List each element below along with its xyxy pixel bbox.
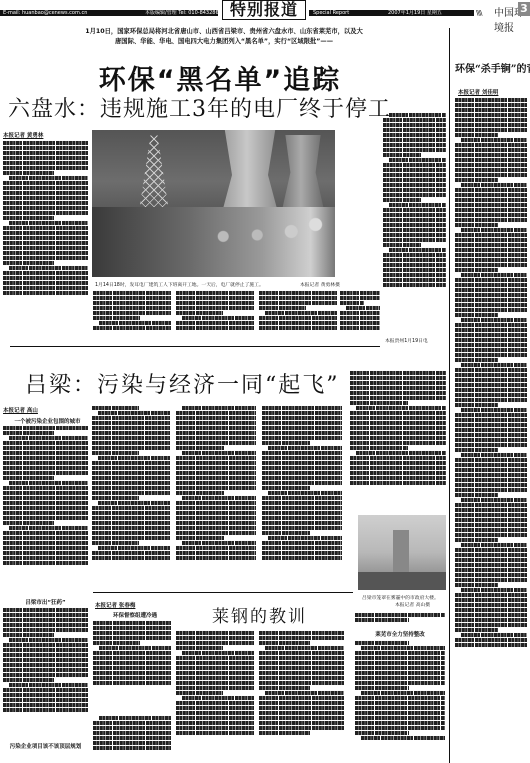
text-line xyxy=(455,508,527,512)
text-line xyxy=(455,468,527,472)
text-line xyxy=(3,703,88,707)
text-line xyxy=(3,486,88,490)
text-line xyxy=(383,148,446,152)
text-line xyxy=(176,666,254,670)
text-line xyxy=(455,223,498,227)
text-line xyxy=(455,458,527,462)
text-line xyxy=(98,411,170,415)
text-line xyxy=(259,651,344,655)
text-line xyxy=(262,411,342,415)
text-line xyxy=(176,516,256,520)
text-line xyxy=(383,213,446,217)
text-line xyxy=(3,191,88,195)
text-line xyxy=(355,641,409,645)
text-line xyxy=(262,456,342,460)
text-line xyxy=(455,313,498,317)
text-line xyxy=(3,431,54,435)
text-line xyxy=(3,561,88,565)
text-line xyxy=(92,461,170,465)
text-line xyxy=(3,678,54,682)
text-line xyxy=(182,651,254,655)
text-line xyxy=(176,411,256,415)
text-line xyxy=(93,681,171,685)
text-line xyxy=(3,628,88,632)
text-line xyxy=(92,451,139,455)
decorative-slashes: \\\\ xyxy=(476,9,481,17)
text-line xyxy=(259,731,310,735)
sidebar-byline: 本报记者 刘佳明 xyxy=(458,88,498,96)
text-line xyxy=(176,461,256,465)
text-line xyxy=(259,631,344,635)
text-line xyxy=(92,436,170,440)
text-line xyxy=(3,441,88,445)
text-line xyxy=(383,278,446,282)
text-line xyxy=(259,716,344,720)
text-line xyxy=(455,383,527,387)
text-line xyxy=(262,511,342,515)
text-line xyxy=(455,563,527,567)
text-line xyxy=(92,551,170,555)
text-line xyxy=(355,686,409,690)
text-line xyxy=(383,183,446,187)
trees xyxy=(358,572,446,590)
text-line xyxy=(259,306,306,310)
text-line xyxy=(176,306,254,310)
text-line xyxy=(3,141,88,145)
text-line xyxy=(3,623,88,627)
text-line xyxy=(455,558,527,562)
text-line xyxy=(350,386,446,390)
text-line xyxy=(355,716,445,720)
text-line xyxy=(259,321,337,325)
text-line xyxy=(383,173,446,177)
text-line xyxy=(9,481,88,485)
text-line xyxy=(455,553,527,557)
text-line xyxy=(455,523,527,527)
text-line xyxy=(455,338,527,342)
text-line xyxy=(176,436,256,440)
text-line xyxy=(3,166,88,170)
text-line xyxy=(350,371,446,375)
text-line xyxy=(455,293,527,297)
text-line xyxy=(259,301,337,305)
text-line xyxy=(93,741,171,745)
text-line xyxy=(455,348,527,352)
text-line xyxy=(350,416,446,420)
text-line xyxy=(176,706,254,710)
article-text-laigang-col3 xyxy=(259,630,344,760)
text-line xyxy=(93,746,171,750)
text-line xyxy=(455,113,527,117)
text-line xyxy=(455,388,527,392)
text-line xyxy=(262,476,342,480)
article-text-laigang-col4 xyxy=(355,640,445,760)
text-line xyxy=(262,436,342,440)
text-line xyxy=(455,218,527,222)
text-line xyxy=(3,688,88,692)
text-line xyxy=(455,328,527,332)
text-line xyxy=(3,186,88,190)
text-line xyxy=(93,661,171,665)
text-line xyxy=(92,516,170,520)
text-line xyxy=(93,671,171,675)
text-line xyxy=(262,481,342,485)
text-line xyxy=(262,506,342,510)
text-line xyxy=(9,176,88,180)
text-line xyxy=(361,691,445,695)
text-line xyxy=(93,731,171,735)
text-line xyxy=(262,556,342,560)
text-line xyxy=(259,636,344,640)
text-line xyxy=(176,321,254,325)
text-line xyxy=(268,446,342,450)
text-line xyxy=(3,608,88,612)
text-line xyxy=(3,613,88,617)
text-line xyxy=(92,531,170,535)
text-line xyxy=(455,373,527,377)
text-line xyxy=(383,153,421,157)
text-line xyxy=(176,296,254,300)
text-line xyxy=(361,736,445,740)
text-line xyxy=(455,323,527,327)
text-line xyxy=(455,308,527,312)
text-line xyxy=(3,426,88,430)
masthead-editor-tel: 本版编辑/管理 Tel: 010-84328675 xyxy=(145,9,225,17)
text-line xyxy=(92,496,139,500)
text-line xyxy=(455,143,527,147)
photo-credit-lvliang: 本报记者 高山摄 xyxy=(395,601,430,608)
workers-crowd xyxy=(92,207,335,277)
article-text-laigang-col4a xyxy=(355,612,445,628)
text-line xyxy=(176,631,254,635)
text-line xyxy=(176,711,254,715)
text-line xyxy=(461,363,527,367)
text-line xyxy=(355,731,409,735)
text-line xyxy=(265,311,337,315)
text-line xyxy=(3,496,88,500)
text-line xyxy=(461,183,527,187)
text-line xyxy=(455,473,527,477)
text-line xyxy=(176,291,254,295)
text-line xyxy=(98,501,170,505)
article-text-liupanshui-right xyxy=(383,112,446,327)
text-line xyxy=(455,513,527,517)
text-line xyxy=(176,691,223,695)
text-line xyxy=(176,716,254,720)
text-line xyxy=(455,288,527,292)
text-line xyxy=(455,133,498,137)
text-line xyxy=(455,598,527,602)
text-line xyxy=(176,466,256,470)
text-line xyxy=(350,411,446,415)
text-line xyxy=(93,666,171,670)
text-line xyxy=(455,118,527,122)
text-line xyxy=(383,263,446,267)
text-line xyxy=(455,483,527,487)
article-text-liupanshui-col1 xyxy=(3,140,88,330)
article-text-liupanshui-col3 xyxy=(176,290,254,340)
text-line xyxy=(92,446,170,450)
text-line xyxy=(3,663,88,667)
text-line xyxy=(455,303,527,307)
article-text-lvliang-col1 xyxy=(3,425,88,595)
text-line xyxy=(98,546,170,550)
cooling-tower xyxy=(282,135,324,210)
text-line xyxy=(3,536,88,540)
text-line xyxy=(350,476,446,480)
text-line xyxy=(3,658,88,662)
text-line xyxy=(176,521,256,525)
text-line xyxy=(350,446,408,450)
text-line xyxy=(176,301,254,305)
text-line xyxy=(461,633,527,637)
text-line xyxy=(98,456,170,460)
text-line xyxy=(262,466,342,470)
text-line xyxy=(262,526,342,530)
text-line xyxy=(455,163,527,167)
text-line xyxy=(93,291,171,295)
text-line xyxy=(3,551,88,555)
text-line xyxy=(93,726,171,730)
text-line xyxy=(356,406,446,410)
text-line xyxy=(93,306,171,310)
text-line xyxy=(3,643,88,647)
text-line xyxy=(455,623,527,627)
page-number: 3 xyxy=(518,2,530,16)
text-line xyxy=(259,711,344,715)
text-line xyxy=(3,506,88,510)
text-line xyxy=(461,138,527,142)
text-line xyxy=(3,156,88,160)
text-line xyxy=(361,646,445,650)
text-line xyxy=(262,531,310,535)
text-line xyxy=(93,631,171,635)
text-line xyxy=(3,216,54,220)
article-text-lvliang-col2 xyxy=(92,405,170,595)
text-line xyxy=(176,471,256,475)
text-line xyxy=(455,518,527,522)
text-line xyxy=(3,698,88,702)
text-line xyxy=(262,431,342,435)
text-line xyxy=(262,486,310,490)
text-line xyxy=(350,426,446,430)
text-line xyxy=(383,128,446,132)
text-line xyxy=(92,416,170,420)
text-line xyxy=(383,198,421,202)
text-line xyxy=(92,521,170,525)
text-line xyxy=(3,546,88,550)
text-line xyxy=(383,193,446,197)
text-line xyxy=(3,226,88,230)
text-line xyxy=(355,661,445,665)
text-line xyxy=(262,426,342,430)
text-line xyxy=(455,493,498,497)
text-line xyxy=(92,511,170,515)
text-line xyxy=(346,306,380,310)
text-line xyxy=(3,693,88,697)
text-line xyxy=(3,456,88,460)
text-line xyxy=(259,671,344,675)
text-line xyxy=(355,618,409,622)
text-line xyxy=(176,481,256,485)
text-line xyxy=(461,408,527,412)
text-line xyxy=(3,246,88,250)
text-line xyxy=(3,653,88,657)
text-line xyxy=(455,298,527,302)
text-line xyxy=(383,218,446,222)
text-line xyxy=(455,378,527,382)
text-line xyxy=(265,691,344,695)
text-line xyxy=(455,593,527,597)
text-line xyxy=(262,541,342,545)
text-line xyxy=(383,238,446,242)
text-line xyxy=(455,403,498,407)
text-line xyxy=(455,248,527,252)
text-line xyxy=(455,503,527,507)
text-line xyxy=(92,406,139,410)
text-line xyxy=(176,326,254,330)
text-line xyxy=(93,626,171,630)
text-line xyxy=(268,536,342,540)
text-line xyxy=(9,436,88,440)
text-line xyxy=(93,676,171,680)
text-line xyxy=(455,618,527,622)
text-line xyxy=(259,316,337,320)
text-line xyxy=(455,108,527,112)
text-line xyxy=(383,178,446,182)
text-line xyxy=(355,676,445,680)
text-line xyxy=(3,466,88,470)
text-line xyxy=(259,726,344,730)
article-title-lvliang: 吕梁：污染与经济一同“起飞” xyxy=(25,368,340,399)
text-line xyxy=(455,613,527,617)
text-line xyxy=(92,481,170,485)
text-line xyxy=(340,321,380,325)
text-line xyxy=(3,261,54,265)
text-line xyxy=(355,706,445,710)
text-line xyxy=(176,456,256,460)
text-line xyxy=(176,526,256,530)
text-line xyxy=(176,476,256,480)
text-line xyxy=(455,433,527,437)
text-line xyxy=(340,326,380,330)
text-line xyxy=(389,113,446,117)
text-line xyxy=(93,656,171,660)
article-text-lvliang-col3 xyxy=(176,405,256,595)
text-line xyxy=(259,681,344,685)
text-line xyxy=(455,128,527,132)
text-line xyxy=(350,421,446,425)
text-line xyxy=(389,248,446,252)
text-line xyxy=(176,731,254,735)
text-line xyxy=(3,618,88,622)
text-line xyxy=(350,436,446,440)
subhead-lvliang-3: 污染企业项目该不该顶层规划 xyxy=(3,742,88,750)
text-line xyxy=(3,633,54,637)
article-title-liupanshui: 六盘水：违规施工3年的电厂终于停工 xyxy=(8,92,391,123)
text-line xyxy=(265,646,344,650)
text-line xyxy=(455,233,527,237)
text-line xyxy=(350,456,446,460)
text-line xyxy=(3,276,88,280)
text-line xyxy=(262,471,342,475)
text-line xyxy=(356,451,446,455)
text-line xyxy=(92,426,170,430)
text-line xyxy=(455,178,498,182)
text-line xyxy=(176,671,254,675)
text-line xyxy=(176,726,254,730)
text-line xyxy=(383,168,446,172)
smog-city-photo xyxy=(358,515,446,590)
text-line xyxy=(99,646,171,650)
text-line xyxy=(455,603,527,607)
text-line xyxy=(455,423,527,427)
text-line xyxy=(461,273,527,277)
article-byline-lvliang: 本报记者 高山 xyxy=(3,406,38,414)
text-line xyxy=(383,253,446,257)
text-line xyxy=(383,223,446,227)
text-line xyxy=(3,446,88,450)
text-line xyxy=(176,641,254,645)
text-line xyxy=(182,541,256,545)
text-line xyxy=(455,123,527,127)
text-line xyxy=(262,501,342,505)
text-line xyxy=(455,173,527,177)
text-line xyxy=(93,296,171,300)
text-line xyxy=(3,286,88,290)
text-line xyxy=(3,161,88,165)
text-line xyxy=(461,228,527,232)
text-line xyxy=(92,556,170,560)
text-line xyxy=(3,151,88,155)
text-line xyxy=(3,291,88,295)
text-line xyxy=(176,636,254,640)
text-line xyxy=(455,578,527,582)
text-line xyxy=(262,416,342,420)
article-text-liupanshui-col2 xyxy=(93,290,171,340)
text-line xyxy=(455,638,527,642)
text-line xyxy=(455,168,527,172)
section-en: Special Report xyxy=(313,9,349,17)
text-line xyxy=(3,471,88,475)
text-line xyxy=(355,671,445,675)
text-line xyxy=(9,526,88,530)
text-line xyxy=(455,358,498,362)
text-line xyxy=(355,656,445,660)
text-line xyxy=(350,391,446,395)
text-line xyxy=(3,206,88,210)
subhead-lvliang-2: 吕梁市出“狂药” xyxy=(3,598,88,606)
text-line xyxy=(99,321,171,325)
text-line xyxy=(455,418,527,422)
text-line xyxy=(3,501,88,505)
article-text-lvliang-col5 xyxy=(350,370,446,510)
text-line xyxy=(92,471,170,475)
text-line xyxy=(92,491,170,495)
text-line xyxy=(9,683,88,687)
text-line xyxy=(383,163,446,167)
text-line xyxy=(350,376,446,380)
text-line xyxy=(3,271,88,275)
text-line xyxy=(259,701,344,705)
text-line xyxy=(350,431,446,435)
text-line xyxy=(262,406,342,410)
text-line xyxy=(92,486,170,490)
text-line xyxy=(176,556,256,560)
text-line xyxy=(455,278,527,282)
text-line xyxy=(340,291,380,295)
text-line xyxy=(340,296,380,300)
